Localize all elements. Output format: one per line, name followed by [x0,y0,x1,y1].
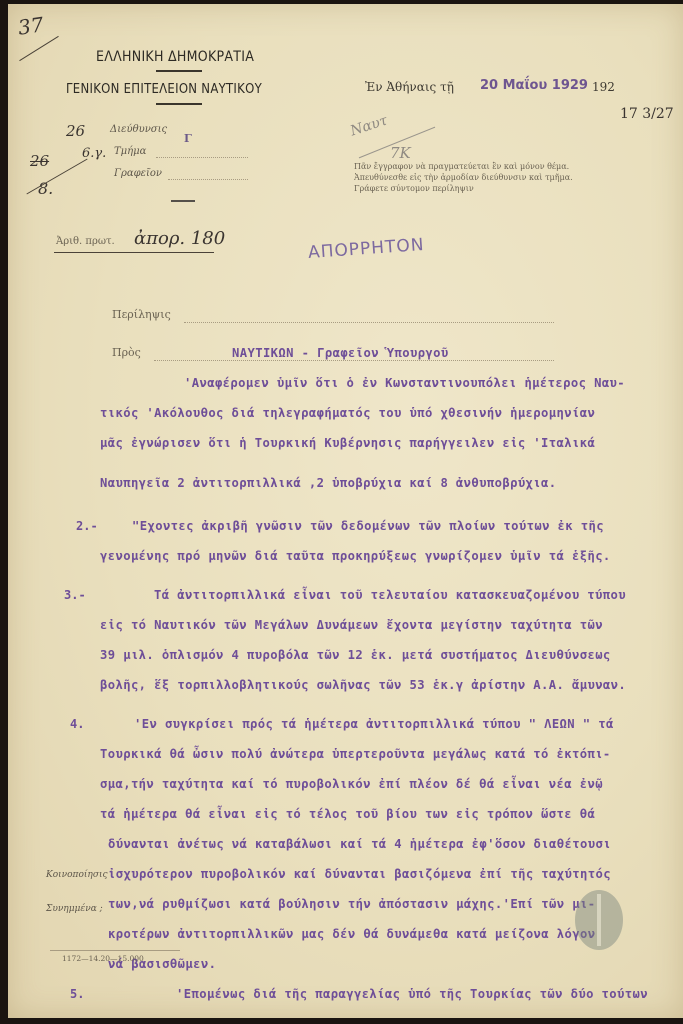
instruction-1: Πᾶν ἔγγραφον νὰ πραγματεύεται ἓν καὶ μόν… [354,161,569,172]
footer-rule [50,950,180,951]
para5-line1: 'Επομένως διά τῆς παραγγελίας ὑπό τῆς Το… [176,987,648,1001]
field-divider [171,200,195,202]
para4-line7: των,νά ρυθμίζωσι κατά βούλησιν τήν ἀπόστ… [108,897,595,911]
para1-line4: Ναυπηγεῖα 2 ἀντιτορπιλλικά ,2 ὑποβρύχια … [100,476,557,490]
protocol-underline [54,252,214,253]
recipient-value: ΝΑΥΤΙΚΩΝ - Γραφεῖον Ὑπουργοῦ [232,346,449,360]
para3-line3: 39 μιλ. ὁπλισμόν 4 πυροβόλα τῶν 12 ἑκ. μ… [100,648,611,662]
direction-value: Γ [184,132,192,145]
reference-number: 17 3/27 [620,106,674,122]
archive-number: 37 [16,12,45,39]
summary-line [184,322,554,323]
pencil-note-2: 7Κ [390,144,411,162]
protocol-label: Ἀριθ. πρωτ. [56,236,115,247]
para2-line1: "Εχοντες ἀκριβῆ γνῶσιν τῶν δεδομένων τῶν… [132,519,604,533]
para1-line1: 'Αναφέρομεν ὑμῖν ὅτι ὁ ἐν Κωνσταντινουπό… [184,376,625,390]
notification-label: Κοινοποίησις [46,870,108,880]
para5-number: 5. [70,987,84,1001]
para4-number: 4. [70,717,84,731]
classification-stamp: ΑΠΟΡΡΗΤΟΝ [307,235,425,263]
instruction-3: Γράφετε σύντομον περίληψιν [354,183,474,194]
para1-line2: τικός 'Ακόλουθος διά τηλεγραφήματός του … [100,406,595,420]
para2-line2: γενομένης πρό μηνῶν διά ταῦτα προκηρύξεω… [100,549,611,563]
section-label: Τμήμα [114,146,146,157]
para4-line4: τά ἡμέτερα θά εἶναι εἰς τό τέλος τοῦ βίο… [100,807,595,821]
para2-number: 2.- [76,519,98,533]
section-line [156,157,248,158]
para3-line1: Τά ἀντιτορπιλλικά εἶναι τοῦ τελευταίου κ… [154,588,626,602]
office-line [168,179,248,180]
para3-number: 3.- [64,588,86,602]
archive-watermark-stamp [575,890,623,950]
archive-number-strike [19,36,59,61]
letterhead-divider-2 [156,103,202,105]
dateline-prefix: Ἐν Ἀθήναις τῇ [365,80,454,94]
para4-line1: 'Εν συγκρίσει πρός τά ἡμέτερα ἀντιτορπιλ… [134,717,614,731]
para4-line6: ἰσχυρότερον πυροβολικόν καί δύνανται βασ… [108,867,611,881]
para4-line2: Τουρκικά θά ὦσιν πολύ ἀνώτερα ὑπερτεροῦν… [100,747,611,761]
letterhead-line1: ΕΛΛΗΝΙΚΗ ΔΗΜΟΚΡΑΤΙΑ [96,49,254,65]
hand-26: 26 [66,122,85,140]
para4-line3: σμα,τήν ταχύτητα καί τό πυροβολικόν ἐπί … [100,777,603,791]
pencil-note-1: Ναυτ [348,113,389,140]
recipient-label: Πρὸς [112,346,141,359]
para3-line4: βολῆς, ἕξ τορπιλλοβλητικούς σωλῆνας τῶν … [100,678,626,692]
direction-label: Διεύθυνσις [110,124,167,135]
para4-line8: κροτέρων ἀντιτορπιλλικῶν μας δέν θά δυνά… [108,927,595,941]
para4-line5: δύνανται ἀνέτως νά καταβάλωσι καί τά 4 ἡ… [108,837,611,851]
protocol-value: ἀπορ. 180 [134,228,225,249]
attachments-label: Συνημμένα ; [46,904,103,914]
instruction-2: Ἀπευθύνεσθε εἰς τὴν ἁρμοδίαν διεύθυνσιν … [354,172,573,183]
office-label: Γραφεῖον [114,168,162,179]
summary-label: Περίληψις [112,308,171,321]
hand-26-struck: 26 [30,152,49,170]
para3-line2: εἰς τό Ναυτικόν τῶν Μεγάλων Δυνάμεων ἔχο… [100,618,603,632]
date-stamp: 20 Μαΐου 1929 [480,78,588,93]
year-suffix: 192 [592,80,615,94]
para1-line3: μᾶς ἐγνώρισεν ὅτι ἡ Τουρκική Κυβέρνησις … [100,436,595,450]
print-code: 1172—14.20—15.000 [62,954,144,963]
letterhead-line2: ΓΕΝΙΚΟΝ ΕΠΙΤΕΛΕΙΟΝ ΝΑΥΤΙΚΟΥ [66,82,262,97]
recipient-line [154,360,554,361]
document-page: 37 ΕΛΛΗΝΙΚΗ ΔΗΜΟΚΡΑΤΙΑ ΓΕΝΙΚΟΝ ΕΠΙΤΕΛΕΙΟ… [8,4,683,1018]
letterhead-divider-1 [156,70,202,72]
